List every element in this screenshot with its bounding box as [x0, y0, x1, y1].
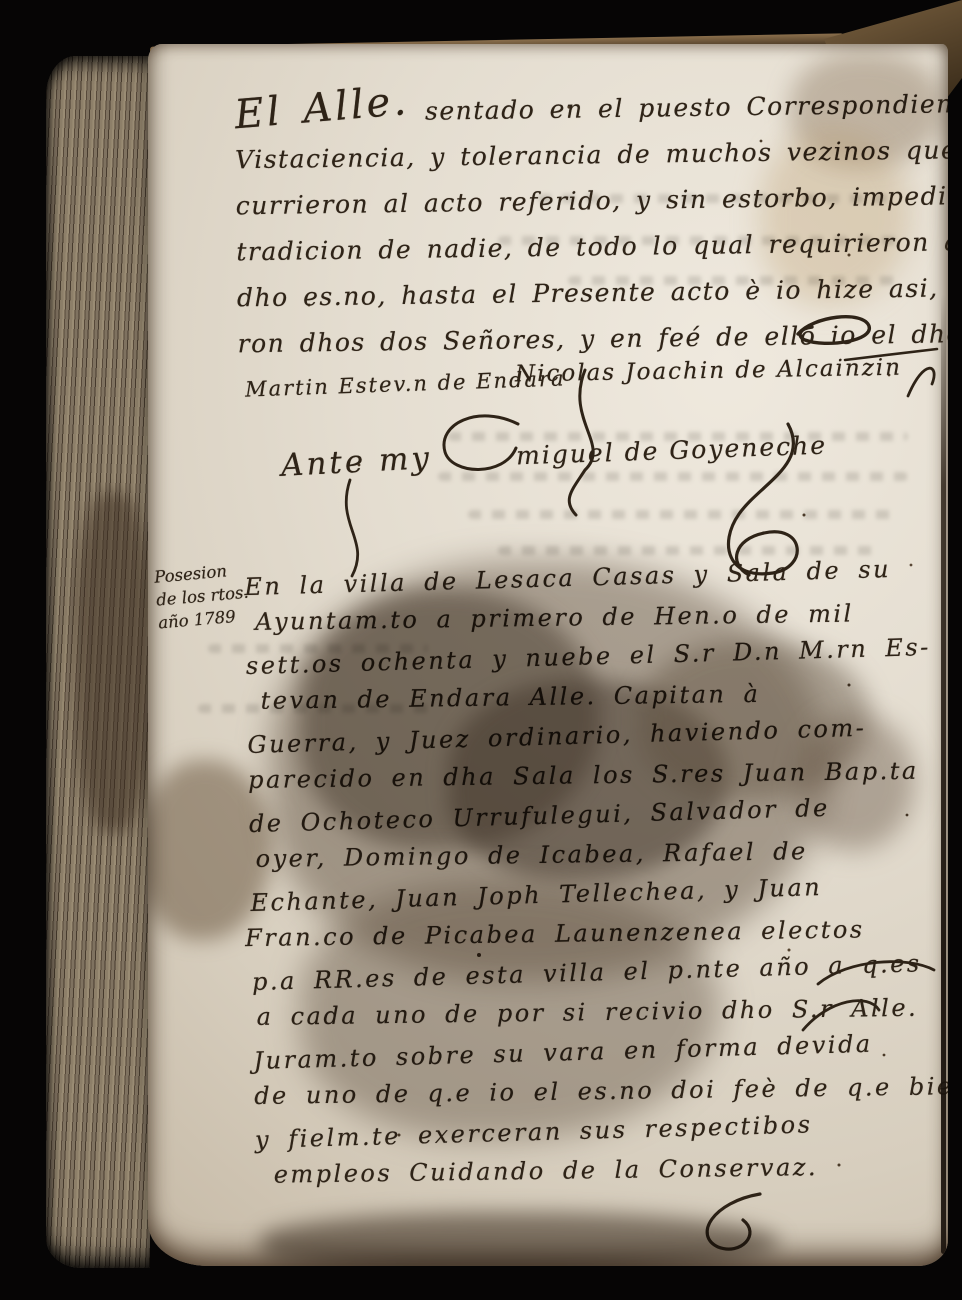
- ante-mi-label: Ante my: [280, 440, 433, 484]
- rubric-flourish: [444, 416, 518, 470]
- opening-flourish-word: El Alle.: [233, 78, 411, 138]
- rubric-flourish: [346, 480, 357, 576]
- gutter-shadow: [941, 294, 946, 1254]
- manuscript-line: sentado en el puesto Correspondiente a: [425, 80, 948, 134]
- bleedthrough-line: [438, 472, 908, 481]
- signature-alcainzin: Nicolas Joachin de Alcainzin: [515, 355, 902, 388]
- page-edge-stack: [46, 56, 150, 1268]
- fly-specks: [148, 44, 150, 46]
- entry-closing-paragraph: El Alle. sentado en el puesto Correspond…: [234, 74, 948, 368]
- bleedthrough-line: [468, 510, 898, 519]
- entry-closing-first-row: El Alle. sentado en el puesto Correspond…: [234, 74, 948, 138]
- rubric-flourish: [908, 368, 934, 396]
- photo-background: Posesion de los rtos. año 1789 El Alle. …: [0, 0, 962, 1300]
- stain-blot: [260, 1212, 780, 1266]
- manuscript-page: Posesion de los rtos. año 1789 El Alle. …: [148, 44, 948, 1266]
- rubric-flourish: [707, 1194, 760, 1249]
- entry-possession-paragraph: En la villa de Lesaca Casas y Sala de su…: [244, 551, 948, 1197]
